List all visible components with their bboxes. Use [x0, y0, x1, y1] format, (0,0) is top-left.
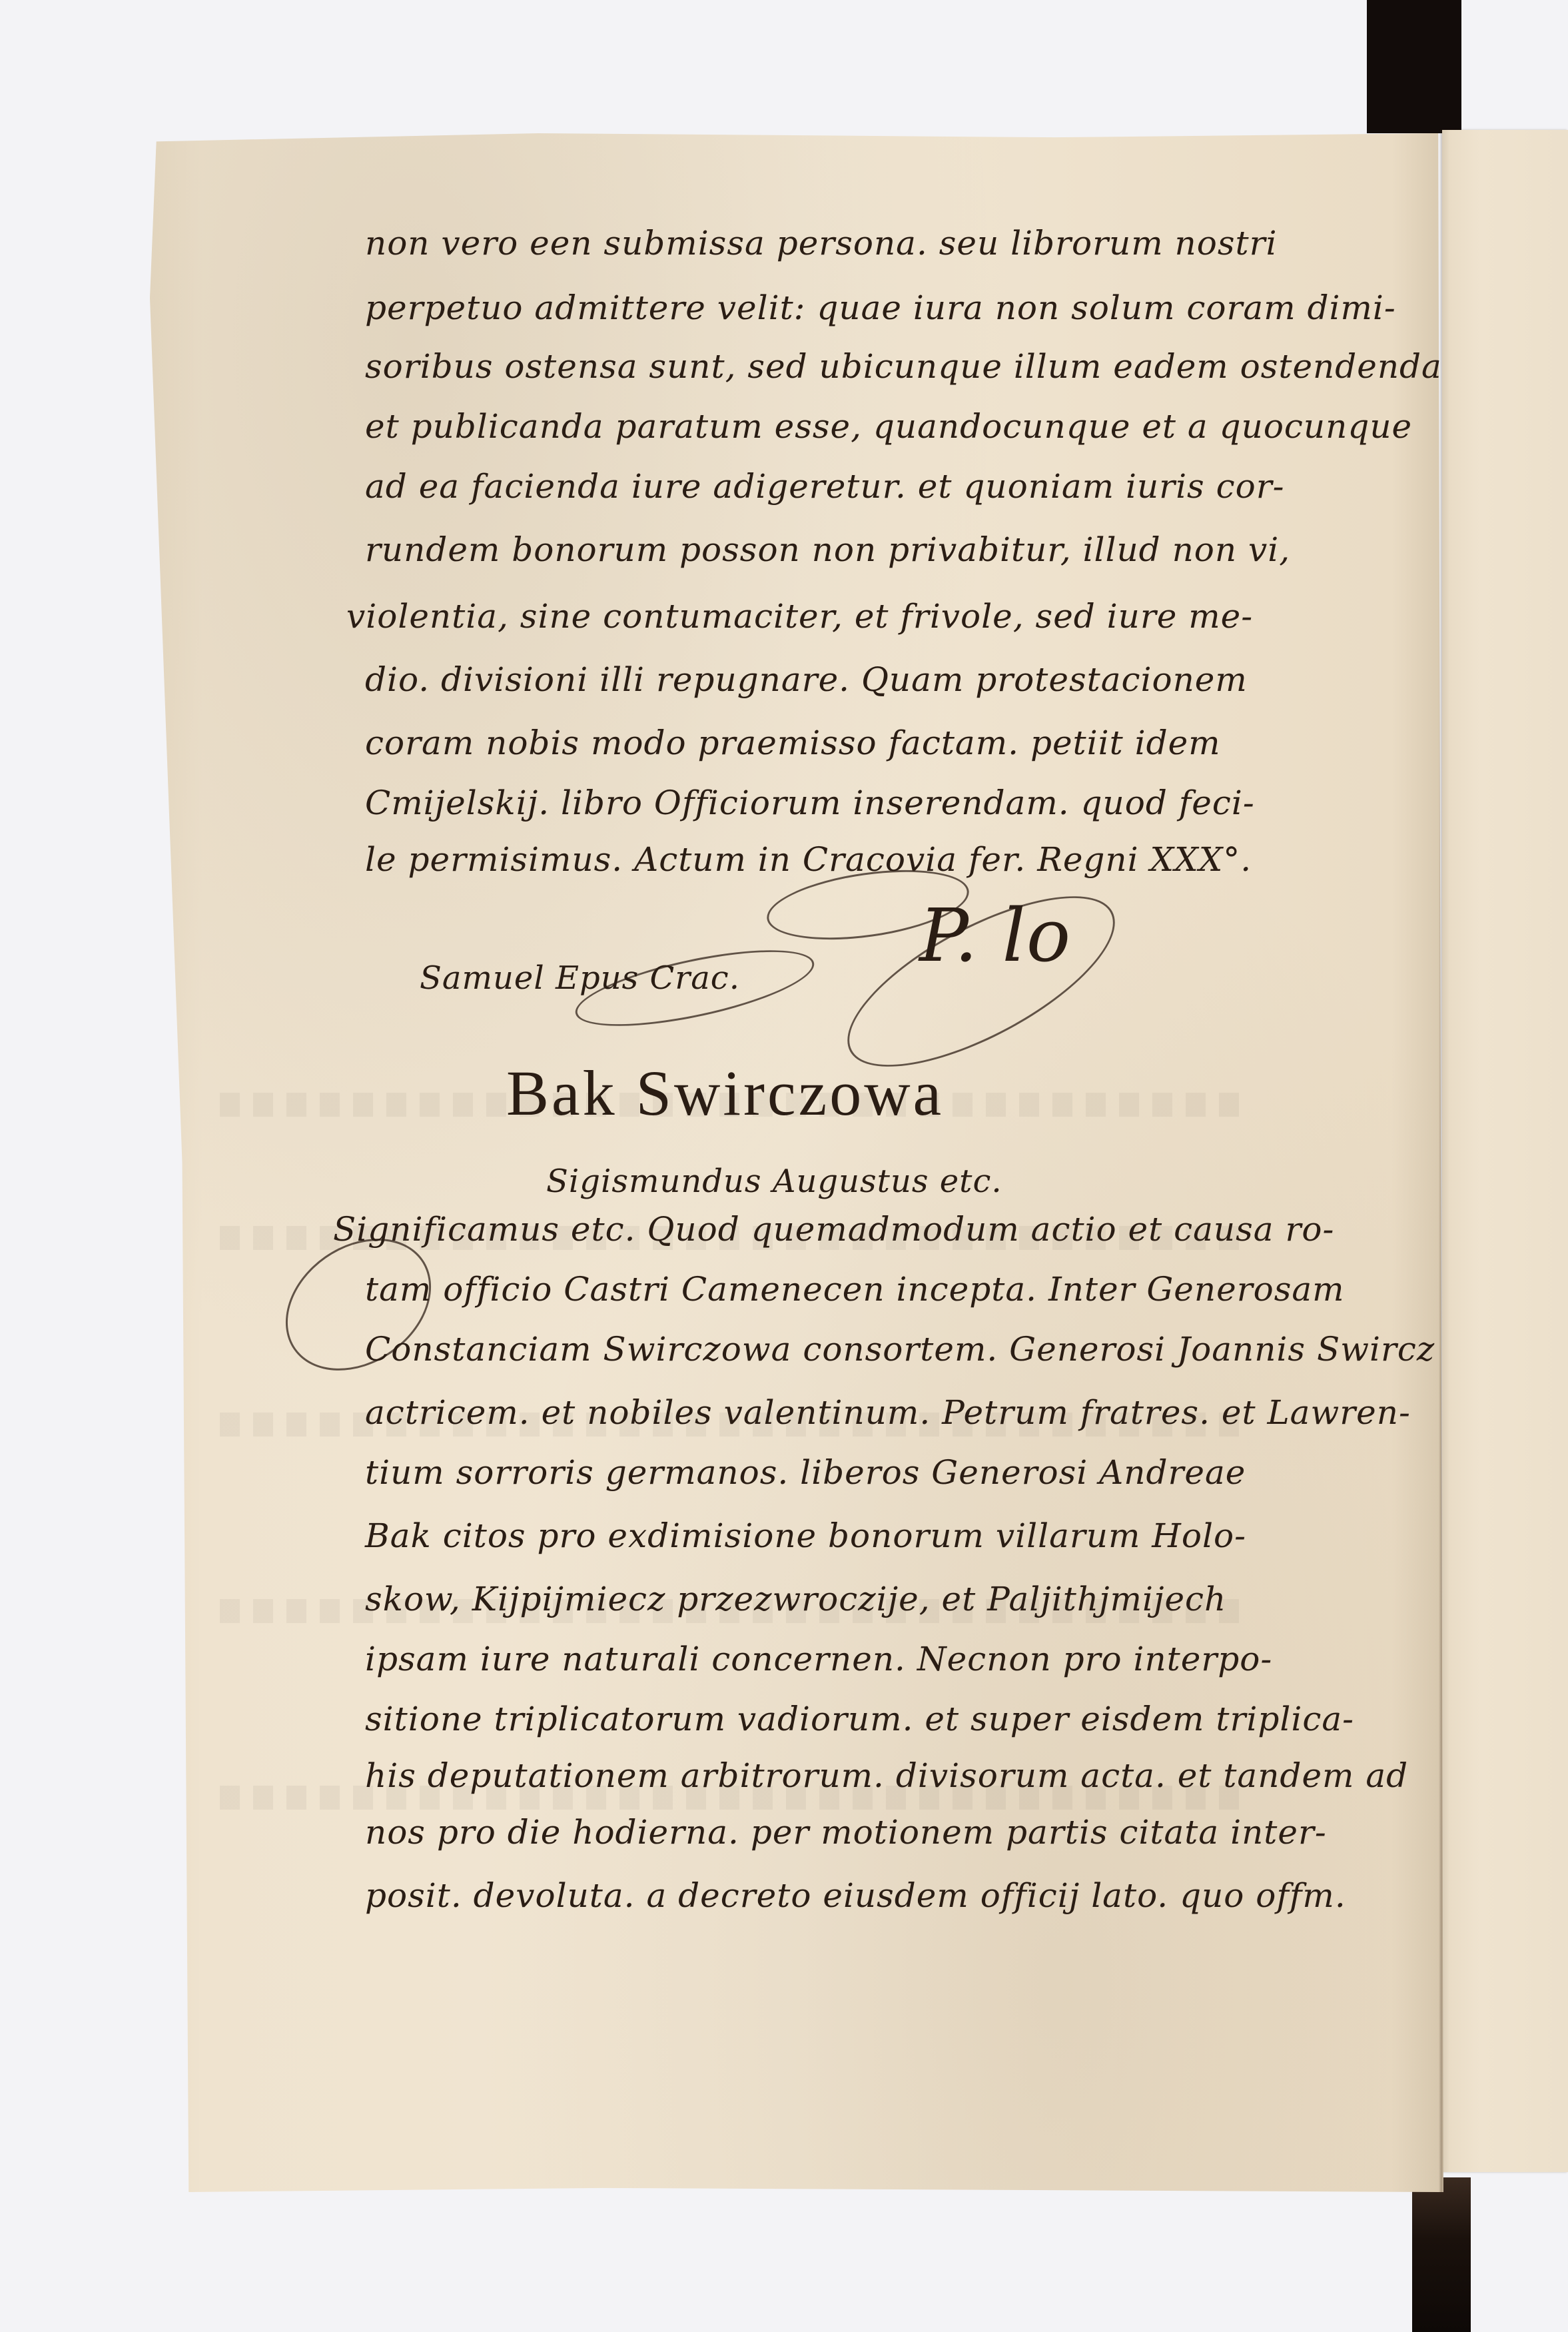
text-line: sitione triplicatorum vadiorum. et super… — [365, 1699, 1354, 1739]
text-line: soribus ostensa sunt, sed ubicunque illu… — [365, 346, 1442, 386]
text-line: coram nobis modo praemisso factam. petii… — [365, 723, 1221, 763]
text-line: rundem bonorum posson non privabitur, il… — [365, 530, 1290, 570]
text-line: his deputationem arbitrorum. divisorum a… — [365, 1756, 1408, 1796]
text-line: tam officio Castri Camenecen incepta. In… — [365, 1269, 1345, 1309]
text-line: perpetuo admittere velit: quae iura non … — [365, 288, 1396, 328]
text-line: nos pro die hodierna. per motionem parti… — [365, 1812, 1327, 1852]
text-line: Cmijelskij. libro Officiorum inserendam.… — [365, 783, 1255, 823]
text-line: tium sorroris germanos. liberos Generosi… — [365, 1453, 1246, 1492]
facing-page-edge — [1442, 130, 1568, 2172]
signature-monogram: P. lo — [919, 893, 1071, 978]
text-line: le permisimus. Actum in Cracovia fer. Re… — [365, 840, 1252, 879]
text-line: ad ea facienda iure adigeretur. et quoni… — [365, 466, 1285, 506]
text-line: Bak citos pro exdimisione bonorum villar… — [365, 1516, 1246, 1556]
text-line: violentia, sine contumaciter, et frivole… — [346, 596, 1253, 636]
section-title: Bak Swirczowa — [506, 1056, 944, 1130]
binding-strip-top — [1367, 0, 1461, 133]
text-line: et publicanda paratum esse, quandocunque… — [365, 406, 1412, 446]
text-line: dio. divisioni illi repugnare. Quam prot… — [365, 660, 1248, 700]
text-line: Significamus etc. Quod quemadmodum actio… — [333, 1209, 1334, 1249]
section-subheading: Sigismundus Augustus etc. — [546, 1163, 1002, 1200]
signature-name: Samuel Epus Crac. — [420, 959, 740, 997]
text-line: Constanciam Swirczowa consortem. Generos… — [365, 1329, 1435, 1369]
text-line: ipsam iure naturali concernen. Necnon pr… — [365, 1639, 1272, 1679]
text-line: posit. devoluta. a decreto eiusdem offic… — [365, 1876, 1346, 1916]
text-line: non vero een submissa persona. seu libro… — [365, 223, 1277, 263]
text-line: actricem. et nobiles valentinum. Petrum … — [365, 1393, 1411, 1433]
text-line: skow, Kijpijmiecz przezwroczije, et Palj… — [365, 1579, 1226, 1619]
binding-strip-bottom — [1412, 2177, 1471, 2332]
